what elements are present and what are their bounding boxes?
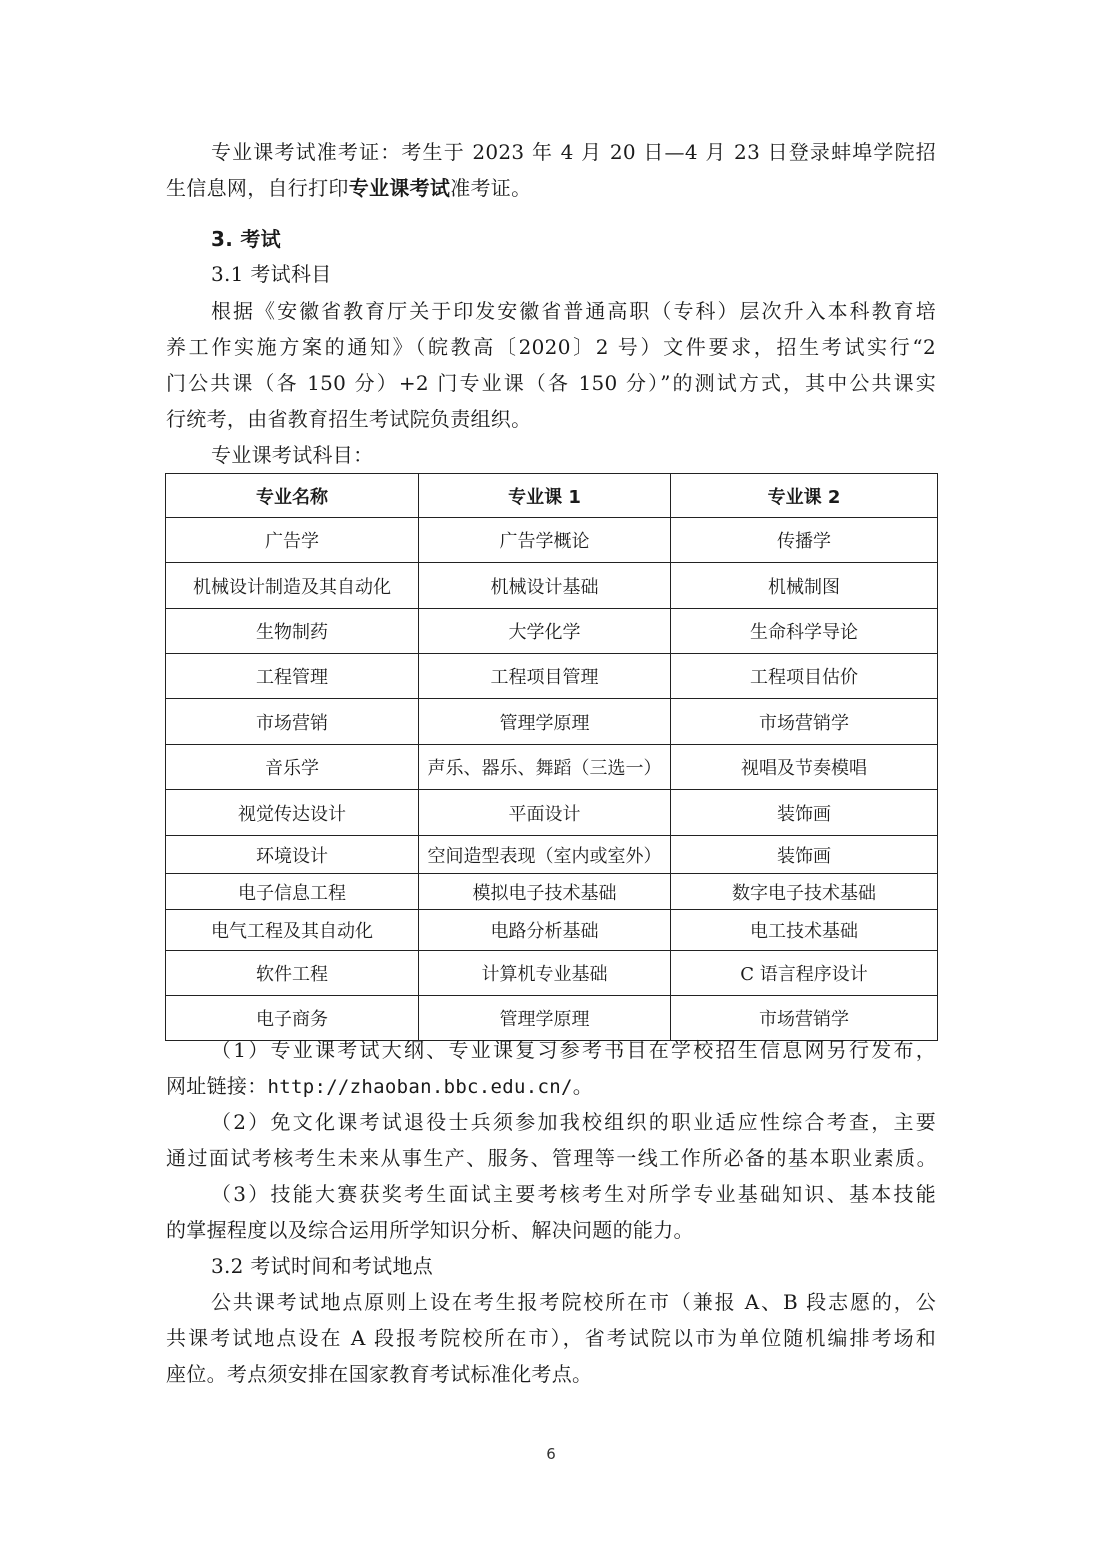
cell-course-2: 视唱及节奏模唱 <box>671 745 938 790</box>
note-3-line-1: （3）技能大赛获奖考生面试主要考核考生对所学专业基础知识、基本技能 <box>211 1176 936 1212</box>
note-1-line-1: （1）专业课考试大纲、专业课复习参考书目在学校招生信息网另行发布， <box>211 1032 936 1068</box>
cell-major-name: 市场营销 <box>166 699 419 745</box>
table-row: 环境设计空间造型表现（室内或室外）装饰画 <box>166 836 938 874</box>
table-row: 视觉传达设计平面设计装饰画 <box>166 790 938 836</box>
cell-course-2: 数字电子技术基础 <box>671 874 938 910</box>
cell-course-1: 计算机专业基础 <box>419 951 671 996</box>
section-3-1-paragraph-line-3: 门公共课（各 150 分）+2 门专业课（各 150 分）”的测试方式，其中公共… <box>166 365 936 401</box>
cell-course-2: 传播学 <box>671 518 938 563</box>
cell-course-2: 电工技术基础 <box>671 910 938 951</box>
cell-major-name: 环境设计 <box>166 836 419 874</box>
cell-course-1: 广告学概论 <box>419 518 671 563</box>
page-number: 6 <box>0 1445 1102 1463</box>
subjects-table: 专业名称 专业课 1 专业课 2 广告学广告学概论传播学机械设计制造及其自动化机… <box>165 473 938 1041</box>
cell-course-2: 装饰画 <box>671 836 938 874</box>
section-3-2-paragraph-line-2: 共课考试地点设在 A 段报考院校所在市），省考试院以市为单位随机编排考场和 <box>166 1320 936 1356</box>
cell-course-2: 机械制图 <box>671 563 938 609</box>
cell-course-2: 工程项目估价 <box>671 654 938 699</box>
section-3-1-paragraph-line-2: 养工作实施方案的通知》（皖教高〔2020〕2 号）文件要求，招生考试实行“2 <box>166 329 936 365</box>
section-3-2-paragraph-line-3: 座位。考点须安排在国家教育考试标准化考点。 <box>166 1356 936 1392</box>
admission-ticket-bold: 专业课考试 <box>349 176 451 200</box>
note-1-suffix: 。 <box>573 1074 593 1098</box>
admissions-url-link[interactable]: http://zhaoban.bbc.edu.cn/ <box>268 1076 573 1098</box>
header-course-2: 专业课 2 <box>671 474 938 518</box>
document-page: 专业课考试准考证：考生于 2023 年 4 月 20 日—4 月 23 日登录蚌… <box>0 0 1102 1559</box>
cell-course-1: 平面设计 <box>419 790 671 836</box>
cell-major-name: 软件工程 <box>166 951 419 996</box>
cell-major-name: 生物制药 <box>166 609 419 654</box>
cell-major-name: 视觉传达设计 <box>166 790 419 836</box>
cell-major-name: 音乐学 <box>166 745 419 790</box>
table-row: 生物制药大学化学生命科学导论 <box>166 609 938 654</box>
table-row: 工程管理工程项目管理工程项目估价 <box>166 654 938 699</box>
cell-course-2: 市场营销学 <box>671 699 938 745</box>
table-row: 电气工程及其自动化电路分析基础电工技术基础 <box>166 910 938 951</box>
note-2-line-2: 通过面试考核考生未来从事生产、服务、管理等一线工作所必备的基本职业素质。 <box>166 1140 936 1176</box>
cell-course-2: 装饰画 <box>671 790 938 836</box>
table-row: 电子信息工程模拟电子技术基础数字电子技术基础 <box>166 874 938 910</box>
note-1-line-2: 网址链接：http://zhaoban.bbc.edu.cn/。 <box>166 1068 936 1105</box>
note-1-url-label: 网址链接： <box>166 1074 268 1098</box>
cell-course-1: 工程项目管理 <box>419 654 671 699</box>
section-3-1-paragraph-line-1: 根据《安徽省教育厅关于印发安徽省普通高职（专科）层次升入本科教育培 <box>211 293 936 329</box>
section-3-2-paragraph-line-1: 公共课考试地点原则上设在考生报考院校所在市（兼报 A、B 段志愿的，公 <box>211 1284 936 1320</box>
note-2-line-1: （2）免文化课考试退役士兵须参加我校组织的职业适应性综合考查，主要 <box>211 1104 936 1140</box>
header-course-1: 专业课 1 <box>419 474 671 518</box>
cell-course-1: 大学化学 <box>419 609 671 654</box>
cell-course-1: 电路分析基础 <box>419 910 671 951</box>
admission-ticket-line-2: 生信息网，自行打印专业课考试准考证。 <box>166 170 936 206</box>
section-3-1-paragraph-line-4: 行统考，由省教育招生考试院负责组织。 <box>166 401 936 437</box>
cell-major-name: 广告学 <box>166 518 419 563</box>
cell-course-2: C 语言程序设计 <box>671 951 938 996</box>
section-3-2-heading: 3.2 考试时间和考试地点 <box>211 1248 936 1284</box>
cell-major-name: 机械设计制造及其自动化 <box>166 563 419 609</box>
cell-major-name: 电子信息工程 <box>166 874 419 910</box>
table-header-row: 专业名称 专业课 1 专业课 2 <box>166 474 938 518</box>
table-row: 市场营销管理学原理市场营销学 <box>166 699 938 745</box>
cell-course-2: 生命科学导论 <box>671 609 938 654</box>
table-row: 机械设计制造及其自动化机械设计基础机械制图 <box>166 563 938 609</box>
table-row: 软件工程计算机专业基础C 语言程序设计 <box>166 951 938 996</box>
admission-ticket-prefix: 生信息网，自行打印 <box>166 176 349 200</box>
cell-course-1: 管理学原理 <box>419 699 671 745</box>
admission-ticket-suffix: 准考证。 <box>450 176 531 200</box>
cell-major-name: 工程管理 <box>166 654 419 699</box>
cell-course-1: 机械设计基础 <box>419 563 671 609</box>
table-row: 广告学广告学概论传播学 <box>166 518 938 563</box>
cell-course-1: 模拟电子技术基础 <box>419 874 671 910</box>
header-major-name: 专业名称 <box>166 474 419 518</box>
section-3-1-heading: 3.1 考试科目 <box>211 256 936 292</box>
table-caption: 专业课考试科目： <box>211 437 936 473</box>
cell-major-name: 电气工程及其自动化 <box>166 910 419 951</box>
cell-course-1: 声乐、器乐、舞蹈（三选一） <box>419 745 671 790</box>
section-3-heading: 3. 考试 <box>211 221 936 257</box>
admission-ticket-line-1: 专业课考试准考证：考生于 2023 年 4 月 20 日—4 月 23 日登录蚌… <box>211 134 936 170</box>
table-row: 音乐学声乐、器乐、舞蹈（三选一）视唱及节奏模唱 <box>166 745 938 790</box>
cell-course-1: 空间造型表现（室内或室外） <box>419 836 671 874</box>
note-3-line-2: 的掌握程度以及综合运用所学知识分析、解决问题的能力。 <box>166 1212 936 1248</box>
